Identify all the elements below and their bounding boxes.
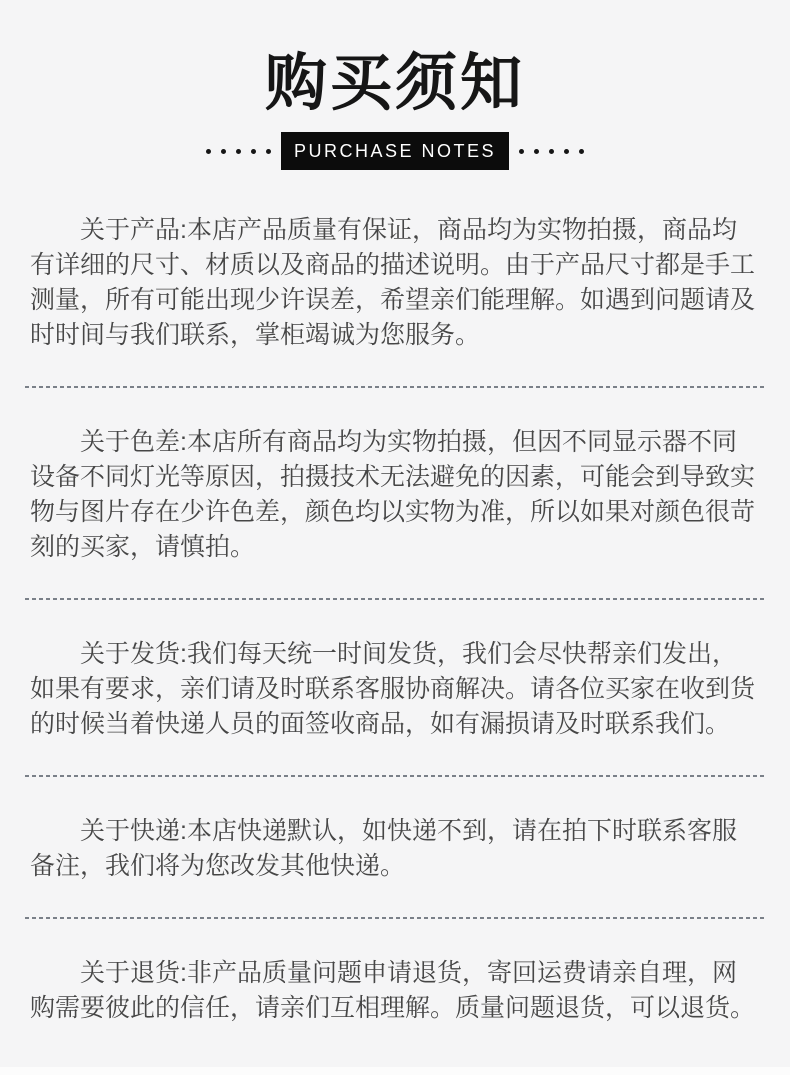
section-about-color-difference: 关于色差:本店所有商品均为实物拍摄，但因不同显示器不同设备不同灯光等原因，拍摄技… (30, 425, 760, 565)
subtitle-row: PURCHASE NOTES (0, 132, 790, 170)
section-about-product: 关于产品:本店产品质量有保证，商品均为实物拍摄，商品均有详细的尺寸、材质以及商品… (30, 213, 760, 353)
dot (236, 149, 241, 154)
header: 购买须知 PURCHASE NOTES (0, 0, 790, 170)
bottom-edge-strip (0, 1067, 790, 1075)
dot (251, 149, 256, 154)
left-dots-decoration (206, 149, 271, 154)
dot (519, 149, 524, 154)
purchase-notes-page: 购买须知 PURCHASE NOTES 关于产品:本店产品质量有保证，商品均为实… (0, 0, 790, 1075)
subtitle-banner: PURCHASE NOTES (281, 132, 509, 170)
dashed-divider (25, 386, 765, 388)
dashed-divider (25, 775, 765, 777)
dot (549, 149, 554, 154)
section-about-express: 关于快递:本店快递默认，如快递不到，请在拍下时联系客服备注，我们将为您改发其他快… (30, 814, 760, 884)
section-about-returns: 关于退货:非产品质量问题申请退货，寄回运费请亲自理，网购需要彼此的信任，请亲们互… (30, 956, 760, 1026)
dashed-divider (25, 598, 765, 600)
notes-content: 关于产品:本店产品质量有保证，商品均为实物拍摄，商品均有详细的尺寸、材质以及商品… (0, 213, 790, 1026)
dot (534, 149, 539, 154)
right-dots-decoration (519, 149, 584, 154)
dashed-divider (25, 917, 765, 919)
page-title: 购买须知 (0, 52, 790, 116)
dot (266, 149, 271, 154)
dot (579, 149, 584, 154)
dot (221, 149, 226, 154)
dot (206, 149, 211, 154)
section-about-shipping: 关于发货:我们每天统一时间发货，我们会尽快帮亲们发出，如果有要求，亲们请及时联系… (30, 637, 760, 742)
dot (564, 149, 569, 154)
